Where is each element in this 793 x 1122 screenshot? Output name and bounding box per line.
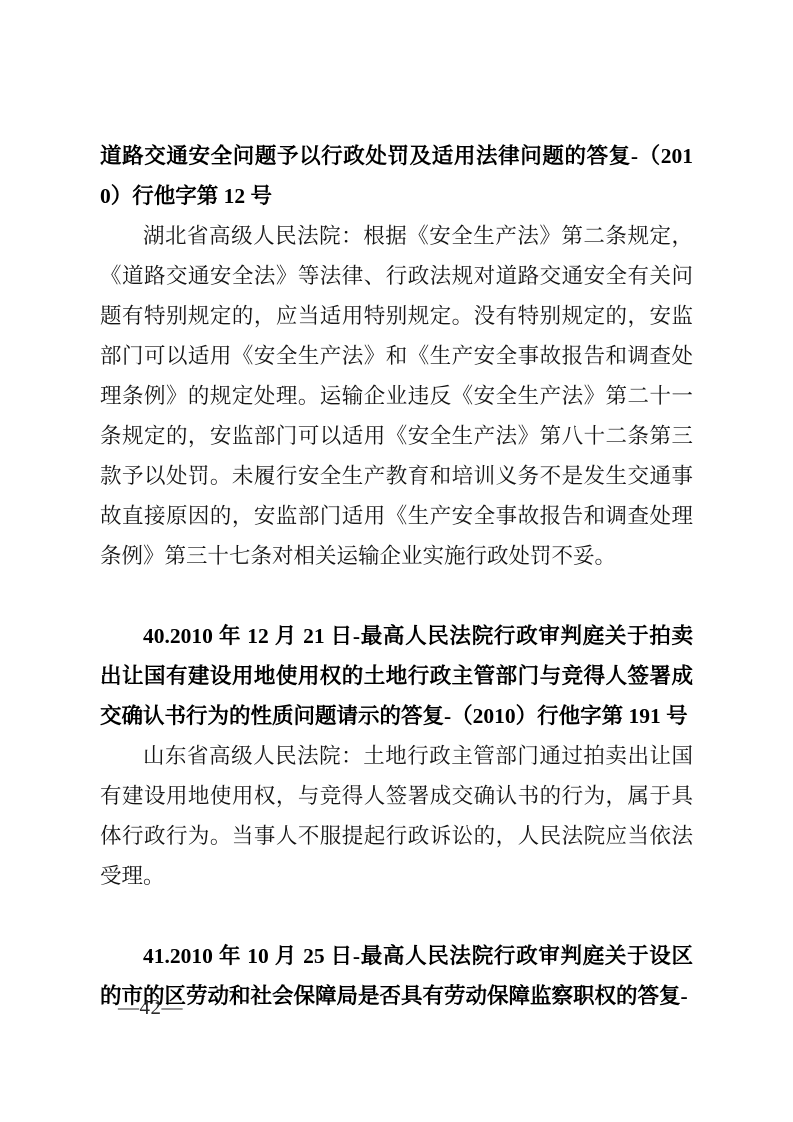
section-40-paragraph: 山东省高级人民法院：土地行政主管部门通过拍卖出让国有建设用地使用权，与竞得人签署… bbox=[100, 736, 693, 896]
section-39-heading-continuation: 道路交通安全问题予以行政处罚及适用法律问题的答复-（2010）行他字第 12 号 bbox=[100, 136, 693, 216]
document-page: 道路交通安全问题予以行政处罚及适用法律问题的答复-（2010）行他字第 12 号… bbox=[0, 0, 793, 1122]
page-number: —42— bbox=[118, 995, 183, 1019]
section-41-heading: 41.2010 年 10 月 25 日-最高人民法院行政审判庭关于设区的市的区劳… bbox=[100, 936, 693, 1016]
section-40-heading: 40.2010 年 12 月 21 日-最高人民法院行政审判庭关于拍卖出让国有建… bbox=[100, 616, 693, 736]
section-39-paragraph: 湖北省高级人民法院：根据《安全生产法》第二条规定，《道路交通安全法》等法律、行政… bbox=[100, 216, 693, 576]
document-content: 道路交通安全问题予以行政处罚及适用法律问题的答复-（2010）行他字第 12 号… bbox=[100, 136, 693, 1016]
